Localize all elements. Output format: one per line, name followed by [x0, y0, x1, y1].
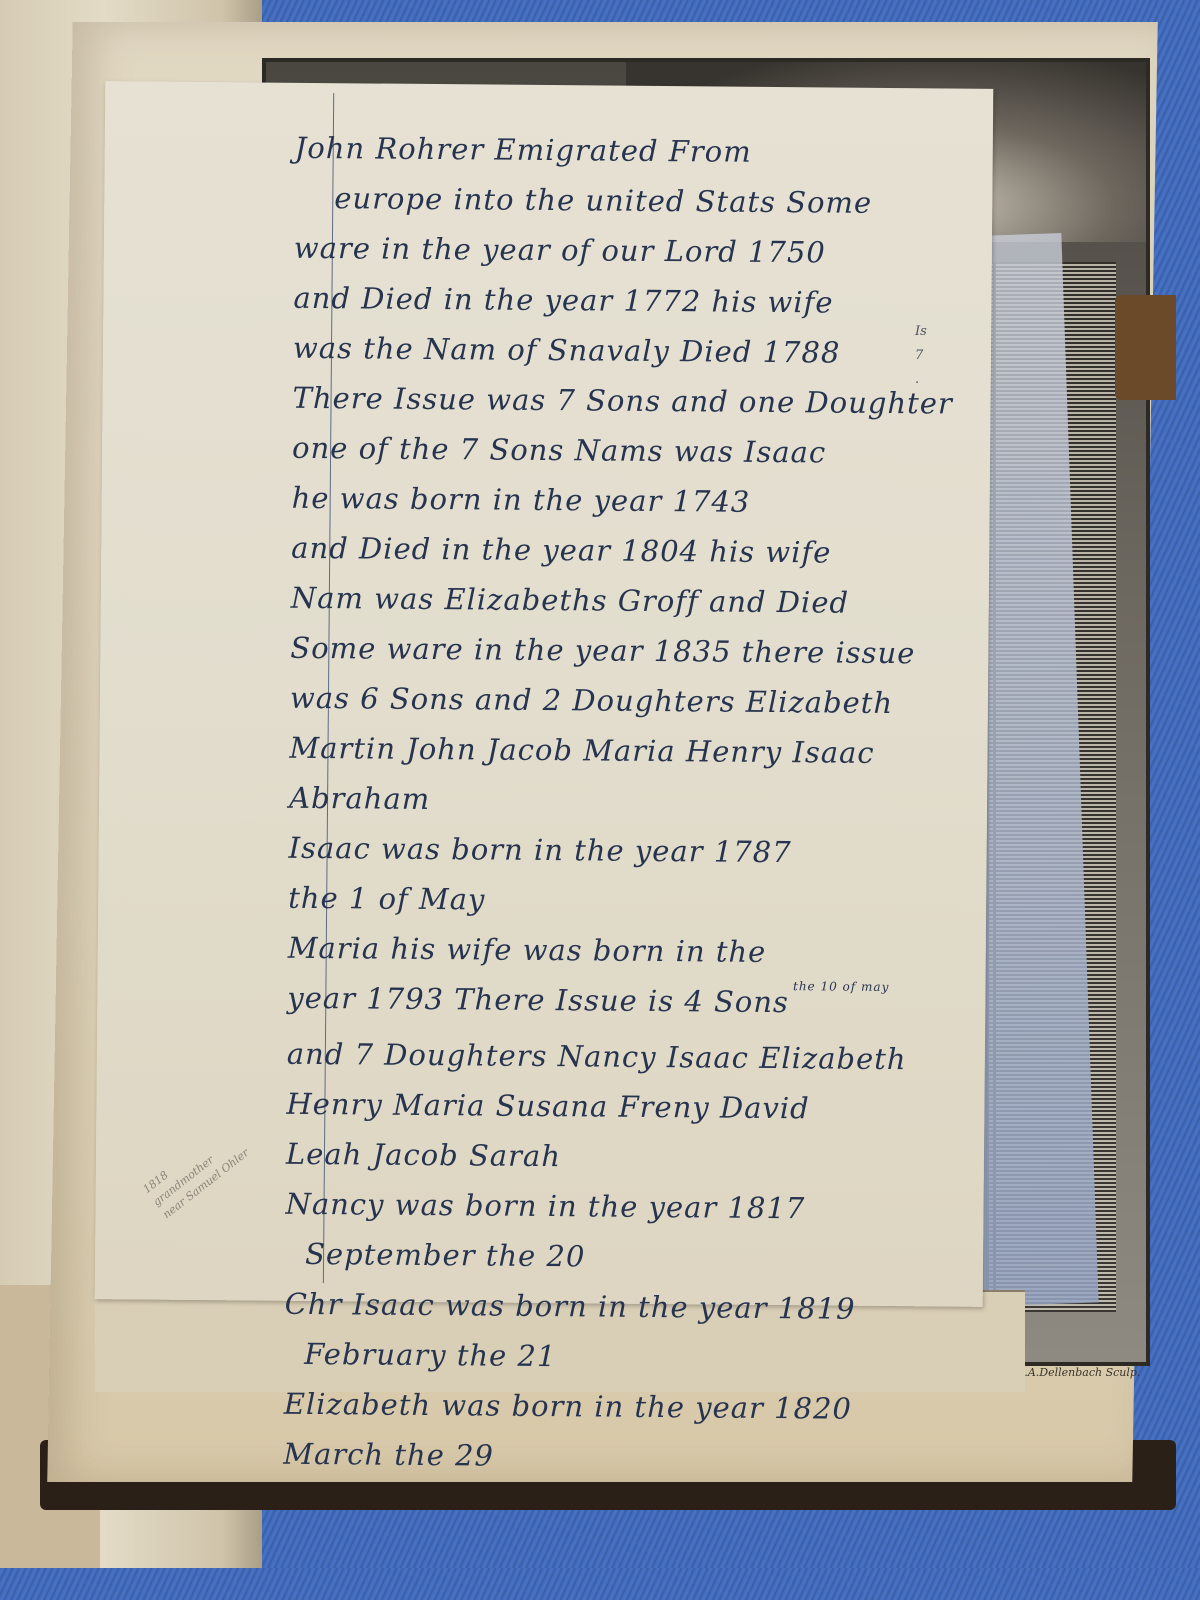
margin-mark: . — [915, 368, 927, 392]
record-line: one of the 7 Sons Nams was Isaac — [292, 423, 982, 479]
record-line: February the 21 — [284, 1329, 974, 1385]
record-line: Leah Jacob Sarah — [286, 1129, 976, 1185]
record-line: year 1793 There Issue is 4 Sonsthe 10 of… — [287, 973, 977, 1035]
leather-tab — [1115, 295, 1176, 400]
record-line: Henry Maria Susana Freny David — [286, 1079, 976, 1135]
record-line: and Died in the year 1804 his wife — [291, 523, 981, 579]
record-line: There Issue was 7 Sons and one Doughter — [292, 373, 982, 429]
record-line: europe into the united Stats Some — [294, 173, 984, 229]
record-line: the 1 of May — [288, 873, 978, 929]
record-line: was the Nam of Snavaly Died 1788 — [293, 323, 983, 379]
record-line: was 6 Sons and 2 Doughters Elizabeth — [290, 673, 980, 729]
record-line: Isaac was born in the year 1787 — [288, 823, 978, 879]
engraver-credit: I.A.Dellenbach Sculp. — [1020, 1366, 1140, 1379]
interlinear-insert: the 10 of may — [793, 979, 889, 994]
record-line: and Died in the year 1772 his wife — [293, 273, 983, 329]
record-line: Nancy was born in the year 1817 — [285, 1179, 975, 1235]
record-line: Elizabeth was born in the year 1820 — [284, 1379, 974, 1435]
record-line: Some ware in the year 1835 there issue — [290, 623, 980, 679]
record-line: Abraham — [289, 773, 979, 829]
record-line: Chr Isaac was born in the year 1819 — [284, 1279, 974, 1335]
record-line: and 7 Doughters Nancy Isaac Elizabeth — [287, 1029, 977, 1085]
margin-marks: Is 7 . — [915, 320, 927, 392]
record-text: John Rohrer Emigrated From europe into t… — [283, 123, 985, 1485]
record-line: Martin John Jacob Maria Henry Isaac — [289, 723, 979, 779]
margin-mark: Is — [915, 320, 927, 344]
record-line: John Rohrer Emigrated From — [295, 123, 985, 179]
record-line-text: year 1793 There Issue is 4 Sons — [287, 981, 789, 1019]
record-line: September the 20 — [285, 1229, 975, 1285]
record-line: he was born in the year 1743 — [291, 473, 981, 529]
record-line: Nam was Elizabeths Groff and Died — [291, 573, 981, 629]
record-line: ware in the year of our Lord 1750 — [294, 223, 984, 279]
record-line: Maria his wife was born in the — [288, 923, 978, 979]
margin-mark: 7 — [915, 344, 927, 368]
record-line: March the 29 — [283, 1429, 973, 1485]
